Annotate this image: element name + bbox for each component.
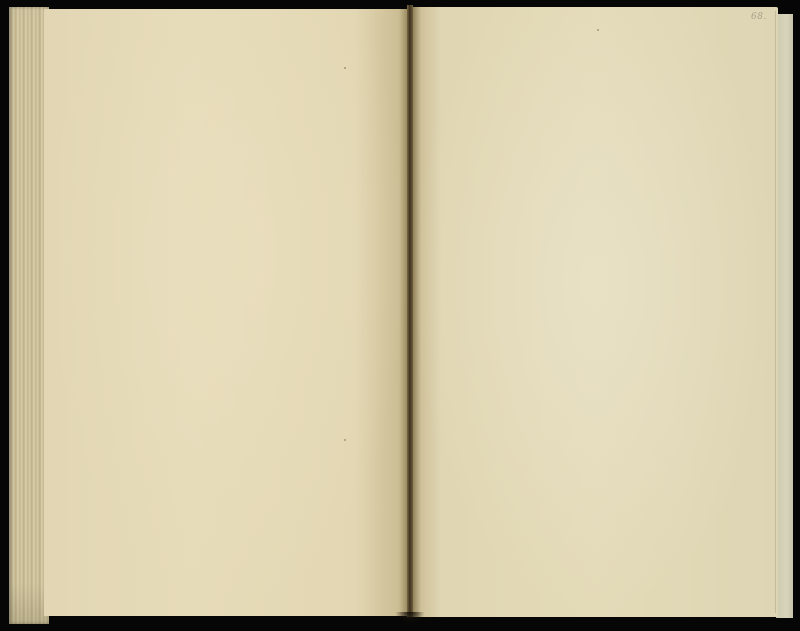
gutter-shadow — [395, 612, 425, 624]
paper-speck — [344, 67, 346, 69]
right-page — [412, 7, 778, 617]
paper-speck — [597, 29, 599, 31]
book-scan: 68. — [0, 0, 800, 631]
left-page-stack-edges — [9, 7, 49, 624]
book-gutter — [407, 5, 413, 617]
left-page — [44, 9, 410, 616]
paper-speck — [344, 439, 346, 441]
folio-number: 68. — [751, 12, 767, 22]
right-overhang-sheet — [776, 14, 793, 618]
page-edge-line — [775, 11, 776, 613]
